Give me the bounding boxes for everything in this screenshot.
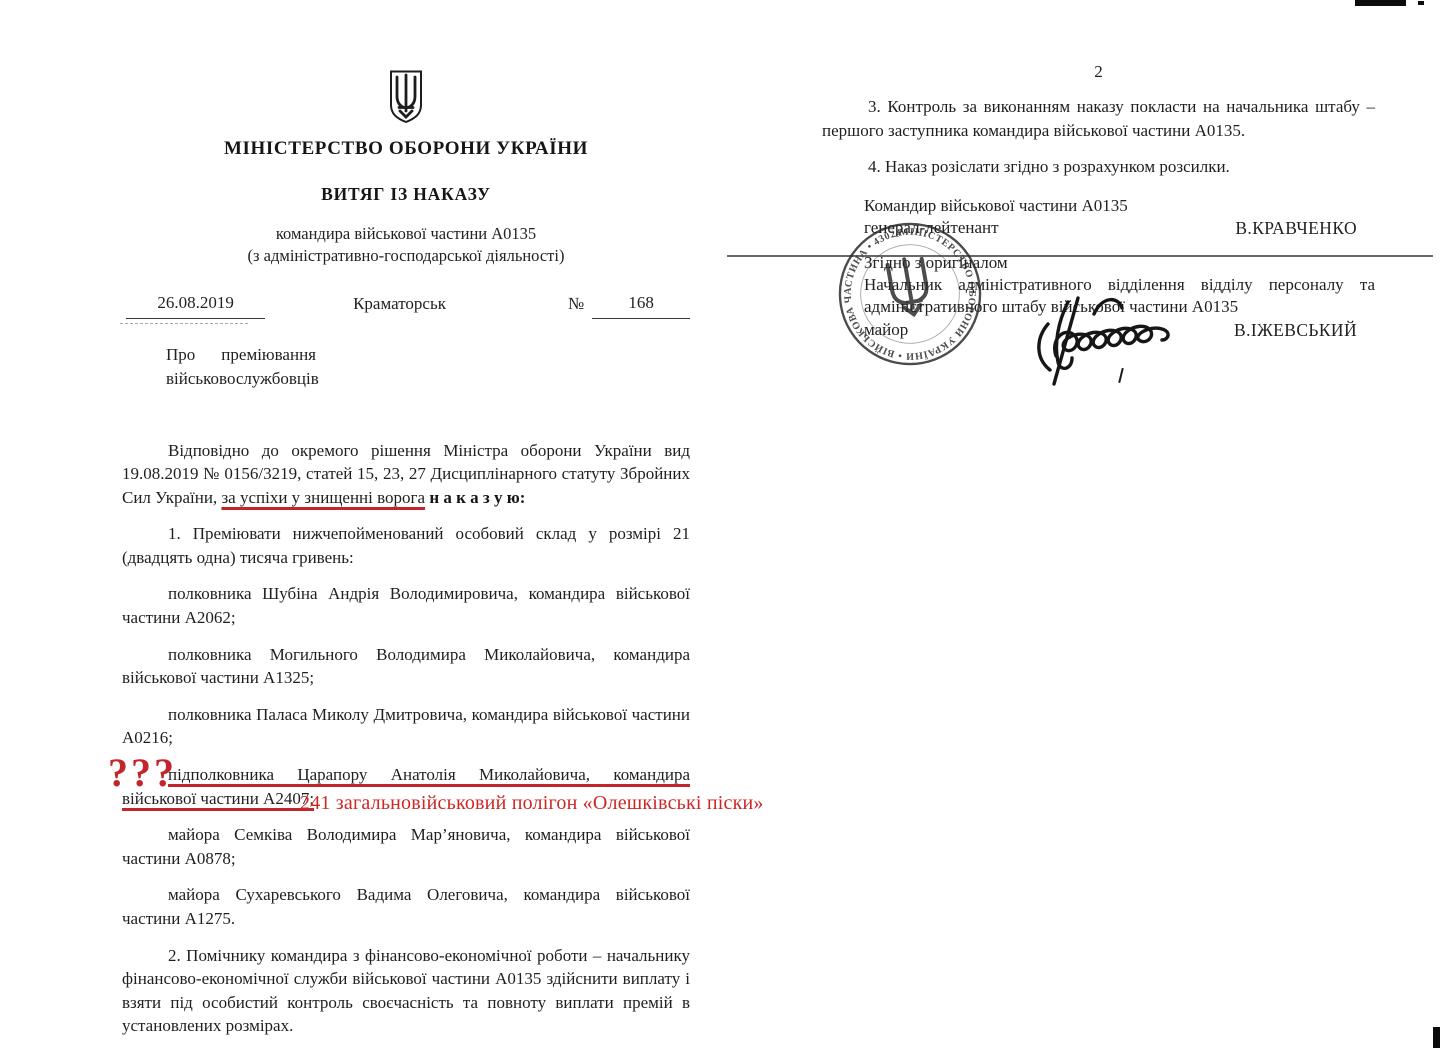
document-page-2: 2 3. Контроль за виконанням наказу покла… [720, 0, 1440, 1050]
date-number-row: 26.08.2019 Краматорськ № 168 [122, 293, 690, 319]
issuer-line-1: командира військової частини А0135 [122, 223, 690, 245]
number-sign: № [568, 294, 584, 319]
tryzub-emblem-icon [387, 70, 425, 124]
subject-line: Про преміювання військовослужбовців [166, 343, 316, 414]
item-2-paragraph: 2. Помічнику командира з фінансово-еконо… [122, 944, 690, 1038]
officer-entry-3: полковника Паласа Миколу Дмитровича, ком… [122, 703, 690, 750]
question-marks-annotation: ??? [62, 753, 177, 793]
preamble-order-word: н а к а з у ю: [425, 488, 525, 507]
ministry-title: МІНІСТЕРСТВО ОБОРОНИ УКРАЇНИ [122, 138, 690, 160]
document-page-1: МІНІСТЕРСТВО ОБОРОНИ УКРАЇНИ ВИТЯГ ІЗ НА… [0, 0, 720, 1050]
document-date: 26.08.2019 [126, 293, 265, 319]
stamp-tryzub-icon [887, 256, 931, 317]
officer-entry-6: майора Сухаревського Вадима Олеговича, к… [122, 883, 690, 930]
scanned-document: МІНІСТЕРСТВО ОБОРОНИ УКРАЇНИ ВИТЯГ ІЗ НА… [0, 0, 1440, 1050]
scan-artifact-top-dot [1418, 1, 1424, 5]
document-city: Краматорськ [265, 294, 534, 319]
officer-entry-4-annotated: підполковника Царапору Анатолія Миколайо… [122, 763, 690, 810]
stamp-ring-text: МІНІСТЕРСТВО ОБОРОНИ УКРАЇНИ • ВІЙСЬКОВА… [824, 208, 988, 375]
page-number: 2 [822, 62, 1375, 82]
signer-name: В.КРАВЧЕНКО [1235, 217, 1357, 240]
document-type-title: ВИТЯГ ІЗ НАКАЗУ [122, 184, 690, 205]
coat-of-arms [122, 70, 690, 129]
officer-entry-5: майора Семківа Володимира Мар’яновича, к… [122, 823, 690, 870]
certifier-name: В.ІЖЕВСЬКИЙ [1234, 319, 1357, 341]
scan-artifact-bottom-mark [1433, 1027, 1440, 1048]
issuer-line-2: (з адміністративно-господарської діяльно… [122, 245, 690, 267]
official-round-stamp: МІНІСТЕРСТВО ОБОРОНИ УКРАЇНИ • ВІЙСЬКОВА… [824, 208, 995, 379]
svg-text:МІНІСТЕРСТВО ОБОРОНИ УКРАЇНИ: МІНІСТЕРСТВО ОБОРОНИ УКРАЇНИ • ВІЙСЬКОВА… [824, 208, 988, 375]
preamble-paragraph: Відповідно до окремого рішення Міністра … [122, 439, 690, 510]
officer-entry-1: полковника Шубіна Андрія Володимировича,… [122, 582, 690, 629]
document-number: 168 [592, 293, 690, 319]
item-1-paragraph: 1. Преміювати нижчепойменований особовий… [122, 522, 690, 569]
item-4-paragraph: 4. Наказ розіслати згідно з розрахунком … [822, 155, 1375, 179]
scan-artifact-top-bar [1355, 0, 1406, 6]
red-note-annotation: 241 загальновійськовий полігон «Олешківс… [254, 792, 764, 816]
preamble-red-underlined-text: за успіхи у знищенні ворога [221, 488, 425, 507]
issuer-block: командира військової частини А0135 (з ад… [122, 223, 690, 267]
item-3-paragraph: 3. Контроль за виконанням наказу покласт… [822, 95, 1375, 142]
officer-entry-2: полковника Могильного Володимира Миколай… [122, 643, 690, 690]
